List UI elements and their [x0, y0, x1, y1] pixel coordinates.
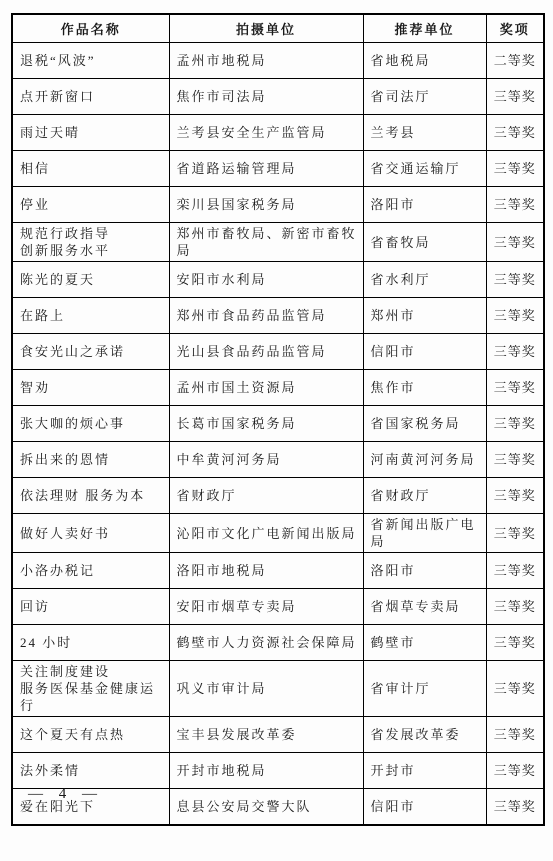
- cell-recommender: 开封市: [363, 753, 486, 789]
- cell-producer: 孟州市地税局: [169, 43, 363, 79]
- table-row: 依法理财 服务为本省财政厅省财政厅三等奖: [12, 478, 544, 514]
- cell-award: 二等奖: [486, 43, 544, 79]
- cell-award: 三等奖: [486, 753, 544, 789]
- cell-producer: 栾川县国家税务局: [169, 187, 363, 223]
- cell-recommender: 省财政厅: [363, 478, 486, 514]
- cell-title: 退税“风波”: [12, 43, 169, 79]
- cell-title: 回访: [12, 589, 169, 625]
- cell-title: 相信: [12, 151, 169, 187]
- table-row: 小洛办税记洛阳市地税局洛阳市三等奖: [12, 553, 544, 589]
- cell-producer: 安阳市水利局: [169, 262, 363, 298]
- cell-producer: 焦作市司法局: [169, 79, 363, 115]
- table-row: 拆出来的恩情中牟黄河河务局河南黄河河务局三等奖: [12, 442, 544, 478]
- table-row: 24 小时鹤壁市人力资源社会保障局鹤壁市三等奖: [12, 625, 544, 661]
- cell-title: 关注制度建设 服务医保基金健康运行: [12, 661, 169, 717]
- cell-title: 拆出来的恩情: [12, 442, 169, 478]
- table-row: 相信省道路运输管理局省交通运输厅三等奖: [12, 151, 544, 187]
- cell-award: 三等奖: [486, 187, 544, 223]
- cell-award: 三等奖: [486, 789, 544, 826]
- cell-award: 三等奖: [486, 661, 544, 717]
- cell-award: 三等奖: [486, 553, 544, 589]
- cell-recommender: 省审计厅: [363, 661, 486, 717]
- cell-recommender: 河南黄河河务局: [363, 442, 486, 478]
- col-header-producer: 拍摄单位: [169, 14, 363, 43]
- cell-recommender: 焦作市: [363, 370, 486, 406]
- cell-recommender: 郑州市: [363, 298, 486, 334]
- cell-recommender: 省烟草专卖局: [363, 589, 486, 625]
- cell-recommender: 省交通运输厅: [363, 151, 486, 187]
- cell-title: 依法理财 服务为本: [12, 478, 169, 514]
- cell-recommender: 洛阳市: [363, 553, 486, 589]
- awards-table: 作品名称 拍摄单位 推荐单位 奖项 退税“风波”孟州市地税局省地税局二等奖点开新…: [11, 13, 545, 826]
- cell-title: 做好人卖好书: [12, 514, 169, 553]
- document-page: 作品名称 拍摄单位 推荐单位 奖项 退税“风波”孟州市地税局省地税局二等奖点开新…: [0, 0, 553, 861]
- cell-title: 规范行政指导 创新服务水平: [12, 223, 169, 262]
- cell-recommender: 省水利厅: [363, 262, 486, 298]
- table-row: 在路上郑州市食品药品监管局郑州市三等奖: [12, 298, 544, 334]
- cell-award: 三等奖: [486, 115, 544, 151]
- table-row: 食安光山之承诺光山县食品药品监管局信阳市三等奖: [12, 334, 544, 370]
- cell-title: 24 小时: [12, 625, 169, 661]
- table-row: 智劝孟州市国土资源局焦作市三等奖: [12, 370, 544, 406]
- page-number: — 4 —: [28, 786, 98, 803]
- cell-title: 停业: [12, 187, 169, 223]
- cell-recommender: 省畜牧局: [363, 223, 486, 262]
- cell-award: 三等奖: [486, 151, 544, 187]
- cell-producer: 孟州市国土资源局: [169, 370, 363, 406]
- cell-award: 三等奖: [486, 514, 544, 553]
- cell-recommender: 省发展改革委: [363, 717, 486, 753]
- cell-producer: 光山县食品药品监管局: [169, 334, 363, 370]
- cell-producer: 郑州市食品药品监管局: [169, 298, 363, 334]
- cell-title: 食安光山之承诺: [12, 334, 169, 370]
- cell-recommender: 鹤壁市: [363, 625, 486, 661]
- table-row: 规范行政指导 创新服务水平郑州市畜牧局、新密市畜牧局省畜牧局三等奖: [12, 223, 544, 262]
- col-header-recommender: 推荐单位: [363, 14, 486, 43]
- cell-award: 三等奖: [486, 406, 544, 442]
- cell-recommender: 洛阳市: [363, 187, 486, 223]
- cell-title: 陈光的夏天: [12, 262, 169, 298]
- cell-title: 雨过天晴: [12, 115, 169, 151]
- cell-title: 法外柔情: [12, 753, 169, 789]
- header-row: 作品名称 拍摄单位 推荐单位 奖项: [12, 14, 544, 43]
- cell-award: 三等奖: [486, 79, 544, 115]
- cell-producer: 中牟黄河河务局: [169, 442, 363, 478]
- cell-award: 三等奖: [486, 589, 544, 625]
- cell-recommender: 兰考县: [363, 115, 486, 151]
- cell-producer: 开封市地税局: [169, 753, 363, 789]
- cell-award: 三等奖: [486, 478, 544, 514]
- cell-producer: 省财政厅: [169, 478, 363, 514]
- cell-recommender: 省司法厅: [363, 79, 486, 115]
- cell-producer: 长葛市国家税务局: [169, 406, 363, 442]
- cell-title: 小洛办税记: [12, 553, 169, 589]
- cell-producer: 兰考县安全生产监管局: [169, 115, 363, 151]
- cell-producer: 息县公安局交警大队: [169, 789, 363, 826]
- cell-producer: 安阳市烟草专卖局: [169, 589, 363, 625]
- cell-producer: 郑州市畜牧局、新密市畜牧局: [169, 223, 363, 262]
- col-header-award: 奖项: [486, 14, 544, 43]
- cell-award: 三等奖: [486, 625, 544, 661]
- cell-producer: 鹤壁市人力资源社会保障局: [169, 625, 363, 661]
- cell-award: 三等奖: [486, 334, 544, 370]
- cell-recommender: 省地税局: [363, 43, 486, 79]
- cell-award: 三等奖: [486, 370, 544, 406]
- cell-producer: 巩义市审计局: [169, 661, 363, 717]
- cell-recommender: 信阳市: [363, 334, 486, 370]
- awards-table-body: 退税“风波”孟州市地税局省地税局二等奖点开新窗口焦作市司法局省司法厅三等奖雨过天…: [12, 43, 544, 826]
- table-row: 法外柔情开封市地税局开封市三等奖: [12, 753, 544, 789]
- table-row: 关注制度建设 服务医保基金健康运行巩义市审计局省审计厅三等奖: [12, 661, 544, 717]
- col-header-title: 作品名称: [12, 14, 169, 43]
- table-row: 张大咖的烦心事长葛市国家税务局省国家税务局三等奖: [12, 406, 544, 442]
- cell-award: 三等奖: [486, 442, 544, 478]
- awards-table-header: 作品名称 拍摄单位 推荐单位 奖项: [12, 14, 544, 43]
- cell-producer: 沁阳市文化广电新闻出版局: [169, 514, 363, 553]
- cell-title: 在路上: [12, 298, 169, 334]
- cell-award: 三等奖: [486, 298, 544, 334]
- table-row: 雨过天晴兰考县安全生产监管局兰考县三等奖: [12, 115, 544, 151]
- cell-recommender: 省新闻出版广电局: [363, 514, 486, 553]
- cell-recommender: 省国家税务局: [363, 406, 486, 442]
- cell-producer: 宝丰县发展改革委: [169, 717, 363, 753]
- cell-producer: 省道路运输管理局: [169, 151, 363, 187]
- cell-award: 三等奖: [486, 262, 544, 298]
- cell-award: 三等奖: [486, 717, 544, 753]
- cell-title: 点开新窗口: [12, 79, 169, 115]
- cell-title: 张大咖的烦心事: [12, 406, 169, 442]
- table-row: 陈光的夏天安阳市水利局省水利厅三等奖: [12, 262, 544, 298]
- cell-title: 智劝: [12, 370, 169, 406]
- table-row: 这个夏天有点热宝丰县发展改革委省发展改革委三等奖: [12, 717, 544, 753]
- cell-recommender: 信阳市: [363, 789, 486, 826]
- table-row: 做好人卖好书沁阳市文化广电新闻出版局省新闻出版广电局三等奖: [12, 514, 544, 553]
- cell-award: 三等奖: [486, 223, 544, 262]
- table-row: 退税“风波”孟州市地税局省地税局二等奖: [12, 43, 544, 79]
- cell-title: 这个夏天有点热: [12, 717, 169, 753]
- table-row: 停业栾川县国家税务局洛阳市三等奖: [12, 187, 544, 223]
- table-row: 点开新窗口焦作市司法局省司法厅三等奖: [12, 79, 544, 115]
- table-row: 回访安阳市烟草专卖局省烟草专卖局三等奖: [12, 589, 544, 625]
- cell-producer: 洛阳市地税局: [169, 553, 363, 589]
